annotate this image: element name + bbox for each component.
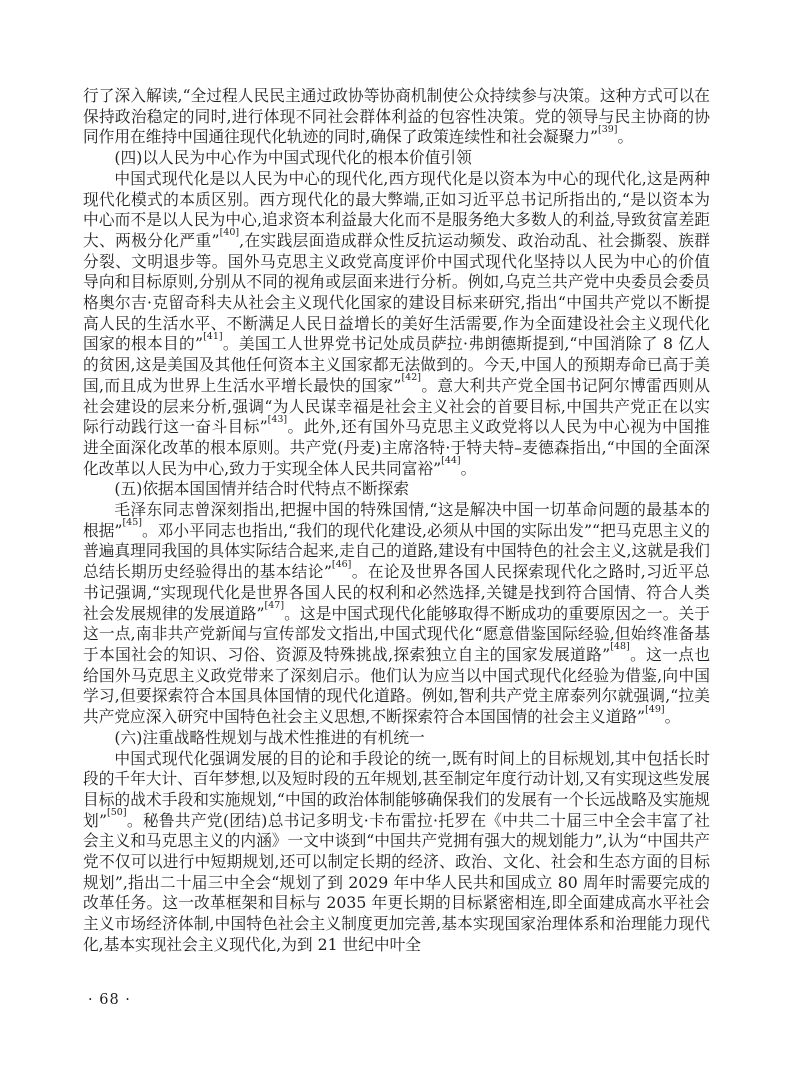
paragraph: 行了深入解读,“全过程人民民主通过政协等协商机制使公众持续参与决策。这种方式可以… [83, 86, 710, 148]
paragraph: 中国式现代化强调发展的目的论和手段论的统一,既有时间上的目标规划,其中包括长时段… [83, 749, 710, 956]
text-run: 。 [618, 127, 634, 146]
text-run: (六)注重战略性规划与战术性推进的有机统一 [114, 728, 424, 747]
paragraph: 中国式现代化是以人民为中心的现代化,西方现代化是以资本为中心的现代化,这是两种现… [83, 169, 710, 480]
citation-ref: [41] [203, 331, 223, 342]
text-run: (五)依据本国国情并结合时代特点不断探索 [114, 479, 409, 498]
citation-ref: [50] [107, 807, 127, 818]
citation-ref: [45] [122, 517, 142, 528]
citation-ref: [44] [441, 455, 461, 466]
citation-ref: [49] [645, 704, 665, 715]
citation-ref: [42] [401, 372, 421, 383]
citation-ref: [46] [332, 559, 352, 570]
section-heading: (五)依据本国国情并结合时代特点不断探索 [83, 479, 710, 500]
paragraph: 毛泽东同志曾深刻指出,把握中国的特殊国情,“这是解决中国一切革命问题的最基本的根… [83, 500, 710, 728]
page: 行了深入解读,“全过程人民民主通过政协等协商机制使公众持续参与决策。这种方式可以… [0, 0, 793, 1077]
text-run: 行了深入解读,“全过程人民民主通过政协等协商机制使公众持续参与决策。这种方式可以… [83, 86, 710, 146]
citation-ref: [47] [265, 600, 285, 611]
section-heading: (六)注重战略性规划与战术性推进的有机统一 [83, 728, 710, 749]
text-run: 。 [665, 707, 681, 726]
text-run: 。秘鲁共产党(团结)总书记多明戈·卡布雷拉·托罗在《中共二十届三中全会丰富了社会… [83, 811, 710, 954]
citation-ref: [39] [598, 124, 618, 135]
citation-ref: [43] [268, 414, 288, 425]
document-body: 行了深入解读,“全过程人民民主通过政协等协商机制使公众持续参与决策。这种方式可以… [83, 86, 710, 956]
citation-ref: [40] [220, 227, 240, 238]
section-heading: (四)以人民为中心作为中国式现代化的根本价值引领 [83, 148, 710, 169]
citation-ref: [48] [610, 641, 630, 652]
text-run: (四)以人民为中心作为中国式现代化的根本价值引领 [114, 148, 471, 167]
page-number: · 68 · [88, 992, 131, 1008]
text-run: 。 [461, 459, 477, 478]
